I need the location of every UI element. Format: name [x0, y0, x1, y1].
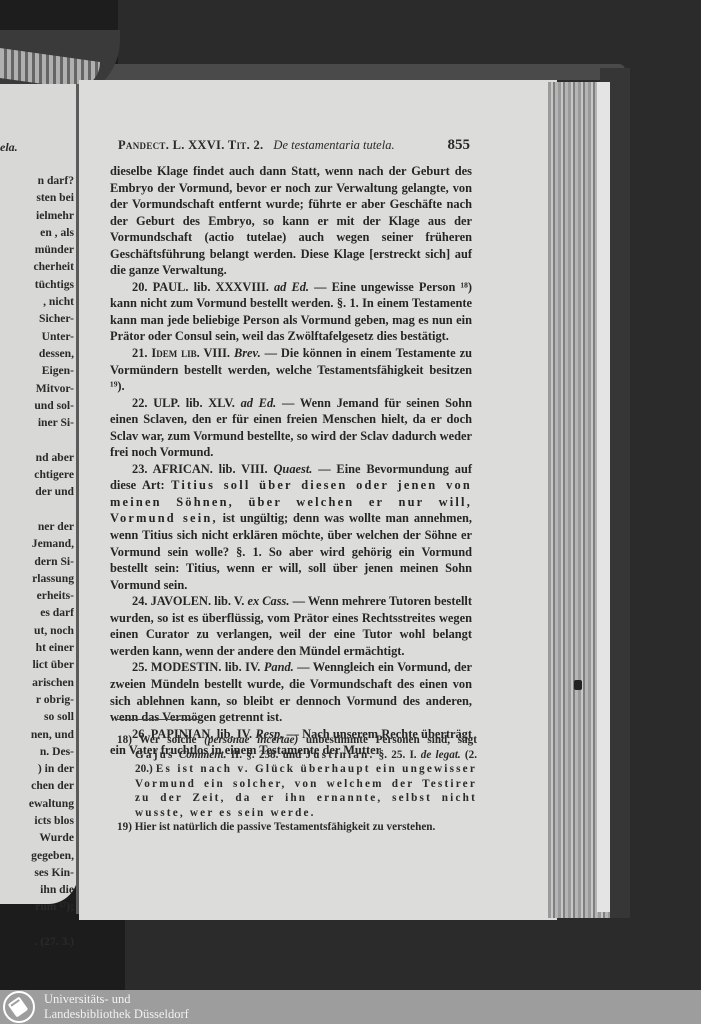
page-number: 855: [448, 137, 471, 154]
page-stack-outer-edge: [597, 82, 610, 912]
fragment-source: Brev.: [234, 346, 261, 360]
left-page-line: dern Si-: [0, 553, 74, 570]
left-page-line: rum ¹⁷);: [0, 898, 74, 915]
footnote-text: II. §. 238. und: [231, 749, 302, 761]
left-page-line: . (27. 3.): [0, 933, 74, 950]
book-gutter: [76, 84, 79, 914]
left-page-line: ses Kin-: [0, 864, 74, 881]
fragment-lead: 22. ULP. lib. XLV.: [132, 396, 235, 410]
footnote-text: Hier ist natürlich die passive Testament…: [135, 821, 436, 833]
left-page-line: es darf: [0, 604, 74, 621]
left-page-line: n darf?: [0, 172, 74, 189]
left-page-line: ihn die: [0, 881, 74, 898]
footnote-mark: 19): [117, 821, 132, 833]
left-page-line: ner der: [0, 518, 74, 535]
left-page-text: n darf?sten beiielmehren , alsmündercher…: [0, 172, 76, 950]
page-edge-mark: [574, 680, 582, 690]
left-page-line: r obrig-: [0, 691, 74, 708]
footnote-spaced-name: Justinian.: [306, 749, 375, 761]
fragment-lead: 24. JAVOLEN. lib. V.: [132, 594, 244, 608]
left-page-line: ewaltung: [0, 795, 74, 812]
left-page-line: icts blos: [0, 812, 74, 829]
footnote-italic: de legat.: [421, 749, 461, 761]
paragraph-24: 24. JAVOLEN. lib. V. ex Cass. — Wenn meh…: [110, 593, 472, 659]
left-page-line: cherheit: [0, 258, 74, 275]
running-head-title: De testamentaria tutela.: [273, 138, 394, 153]
left-page-line: Wurde: [0, 829, 74, 846]
left-page-line: [0, 916, 74, 933]
left-page-line: Eigen-: [0, 362, 74, 379]
left-page-line: [0, 431, 74, 448]
page-body: dieselbe Klage findet auch dann Statt, w…: [110, 163, 472, 759]
library-banner: Universitäts- und Landesbibliothek Düsse…: [0, 990, 701, 1024]
footnote-19: 19) Hier ist natürlich die passive Testa…: [117, 820, 477, 835]
left-page-line: erheits-: [0, 587, 74, 604]
left-page-line: Sicher-: [0, 310, 74, 327]
footnote-italic: (personae incertae): [204, 734, 298, 746]
paragraph-21: 21. Idem lib. VIII. Brev. — Die können i…: [110, 345, 472, 395]
left-page-line: ) in der: [0, 760, 74, 777]
footnote-text: unbestimmte Personen sind, sagt: [306, 734, 477, 746]
banner-text: Universitäts- und Landesbibliothek Düsse…: [44, 992, 189, 1022]
fragment-source: ex Cass.: [247, 594, 289, 608]
left-page-line: Jemand,: [0, 535, 74, 552]
fragment-source: Quaest.: [273, 462, 312, 476]
left-page-line: sten bei: [0, 189, 74, 206]
footnotes: 18) Wer solche (personae incertae) unbes…: [117, 733, 477, 835]
left-page-line: arischen: [0, 674, 74, 691]
banner-line-1: Universitäts- und: [44, 992, 189, 1007]
fragment-lead: 20. PAUL. lib. XXXVIII.: [132, 280, 269, 294]
left-page-line: ielmehr: [0, 207, 74, 224]
fragment-source: ad Ed.: [274, 280, 309, 294]
left-page-line: chtigere: [0, 466, 74, 483]
running-head: Pandect. L. XXVI. Tit. 2. De testamentar…: [118, 137, 470, 157]
left-page-line: und sol-: [0, 397, 74, 414]
fragment-lead: 21. Idem lib. VIII.: [132, 346, 230, 360]
left-page-line: münder: [0, 241, 74, 258]
left-page-line: chen der: [0, 777, 74, 794]
footnote-mark: 18): [117, 734, 132, 746]
book-cover-top-edge: [100, 64, 625, 80]
left-page-line: , nicht: [0, 293, 74, 310]
paragraph-22: 22. ULP. lib. XLV. ad Ed. — Wenn Jemand …: [110, 395, 472, 461]
left-page-line: ut, noch: [0, 622, 74, 639]
left-page-line: ht einer: [0, 639, 74, 656]
footnote-italic: Comment.: [179, 749, 227, 761]
left-page-line: Unter-: [0, 328, 74, 345]
left-page-line: dessen,: [0, 345, 74, 362]
left-page-line: iner Si-: [0, 414, 74, 431]
footnote-spaced-text: Es ist nach v. Glück überhaupt ein ungew…: [135, 763, 477, 819]
left-page-line: so soll: [0, 708, 74, 725]
footnote-text: §. 25. I.: [379, 749, 417, 761]
fragment-source: ad Ed.: [241, 396, 277, 410]
left-page-line: rlassung: [0, 570, 74, 587]
left-page-line: Mitvor-: [0, 380, 74, 397]
fragment-lead: 23. AFRICAN. lib. VIII.: [132, 462, 268, 476]
left-page-line: [0, 501, 74, 518]
paragraph-25: 25. MODESTIN. lib. IV. Pand. — Wenngleic…: [110, 659, 472, 725]
left-page-line: nen, und: [0, 726, 74, 743]
running-head-section: Pandect. L. XXVI. Tit. 2.: [118, 138, 263, 153]
fragment-lead: 25. MODESTIN. lib. IV.: [132, 660, 260, 674]
fragment-source: Pand.: [264, 660, 294, 674]
left-page-line: der und: [0, 483, 74, 500]
left-page-header-fragment: ela.: [0, 140, 24, 155]
left-page-line: n. Des-: [0, 743, 74, 760]
left-page-line: en , als: [0, 224, 74, 241]
left-page-line: gegeben,: [0, 847, 74, 864]
footnote-rule: [115, 719, 200, 720]
book-logo-icon: [2, 990, 36, 1024]
banner-line-2: Landesbibliothek Düsseldorf: [44, 1007, 189, 1022]
paragraph-23: 23. AFRICAN. lib. VIII. Quaest. — Eine B…: [110, 461, 472, 593]
paragraph-continuation: dieselbe Klage findet auch dann Statt, w…: [110, 163, 472, 279]
footnote-spaced-name: Gajus: [135, 749, 175, 761]
footnote-text: Wer solche: [139, 734, 196, 746]
left-page-line: nd aber: [0, 449, 74, 466]
paragraph-20: 20. PAUL. lib. XXXVIII. ad Ed. — Eine un…: [110, 279, 472, 345]
left-page-line: lict über: [0, 656, 74, 673]
footnote-18: 18) Wer solche (personae incertae) unbes…: [117, 733, 477, 820]
left-page-line: tüchtigs: [0, 276, 74, 293]
